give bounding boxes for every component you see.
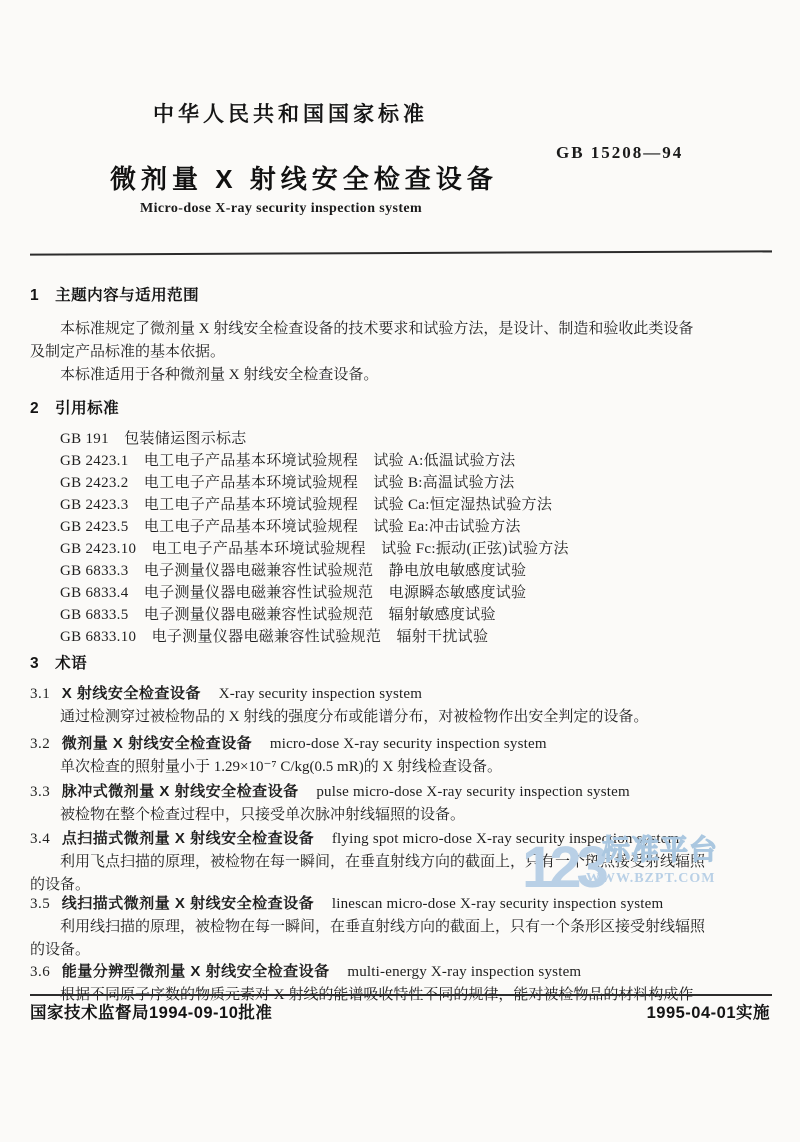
term-name-cn: 脉冲式微剂量 X 射线安全检查设备 [62, 783, 299, 800]
reference-item: GB 2423.1 电工电子产品基本环境试验规程 试验 A:低温试验方法 [30, 450, 772, 472]
footer-implementation-text: 1995-04-01实施 [647, 999, 770, 1023]
term-item-heading: 3.5 线扫描式微剂量 X 射线安全检查设备 linescan micro-do… [30, 892, 772, 916]
term-number: 3.6 [30, 961, 58, 984]
term-name-en: flying spot micro-dose X-ray security in… [332, 831, 680, 847]
term-number: 3.4 [30, 828, 58, 851]
term-number: 3.3 [30, 781, 58, 804]
reference-item: GB 6833.10 电子测量仪器电磁兼容性试验规范 辐射干扰试验 [30, 626, 772, 648]
term-item-heading: 3.6 能量分辨型微剂量 X 射线安全检查设备 multi-energy X-r… [30, 960, 772, 984]
term-definition: 单次检查的照射量小于 1.29×10⁻⁷ C/kg(0.5 mR)的 X 射线检… [30, 756, 772, 779]
term-name-en: pulse micro-dose X-ray security inspecti… [316, 784, 629, 800]
term-name-cn: X 射线安全检查设备 [62, 685, 201, 702]
term-name-cn: 能量分辨型微剂量 X 射线安全检查设备 [62, 963, 330, 980]
term-item-heading: 3.4 点扫描式微剂量 X 射线安全检查设备 flying spot micro… [30, 827, 772, 851]
section-1-heading: 1 主题内容与适用范围 [30, 286, 772, 306]
term-name-en: X-ray security inspection system [219, 686, 422, 702]
footer-rule [30, 994, 772, 996]
scope-paragraph-line: 本标准规定了微剂量 X 射线安全检查设备的技术要求和试验方法，是设计、制造和验收… [30, 318, 772, 341]
section-3-heading: 3 术语 [30, 654, 772, 674]
reference-item: GB 6833.3 电子测量仪器电磁兼容性试验规范 静电放电敏感度试验 [30, 560, 772, 582]
reference-item: GB 2423.5 电工电子产品基本环境试验规程 试验 Ea:冲击试验方法 [30, 516, 772, 538]
term-item-heading: 3.1 X 射线安全检查设备 X-ray security inspection… [30, 682, 772, 706]
reference-item: GB 6833.5 电子测量仪器电磁兼容性试验规范 辐射敏感度试验 [30, 604, 772, 626]
term-name-en: micro-dose X-ray security inspection sys… [270, 736, 547, 752]
reference-item: GB 191 包装储运图示标志 [30, 428, 772, 450]
term-item-heading: 3.3 脉冲式微剂量 X 射线安全检查设备 pulse micro-dose X… [30, 780, 772, 804]
term-item-heading: 3.2 微剂量 X 射线安全检查设备 micro-dose X-ray secu… [30, 732, 772, 756]
section-2-heading: 2 引用标准 [30, 399, 772, 419]
term-name-cn: 点扫描式微剂量 X 射线安全检查设备 [62, 830, 314, 847]
reference-item: GB 2423.2 电工电子产品基本环境试验规程 试验 B:高温试验方法 [30, 472, 772, 494]
term-number: 3.5 [30, 893, 58, 916]
scope-paragraph-line: 及制定产品标准的基本依据。 [30, 341, 772, 364]
reference-item: GB 2423.3 电工电子产品基本环境试验规程 试验 Ca:恒定湿热试验方法 [30, 494, 772, 516]
document-body: 1 主题内容与适用范围 本标准规定了微剂量 X 射线安全检查设备的技术要求和试验… [30, 0, 772, 1007]
reference-item: GB 6833.4 电子测量仪器电磁兼容性试验规范 电源瞬态敏感度试验 [30, 582, 772, 604]
term-definition: 通过检测穿过被检物品的 X 射线的强度分布或能谱分布，对被检物作出安全判定的设备… [30, 706, 772, 729]
document-page: 中华人民共和国国家标准 GB 15208—94 微剂量 X 射线安全检查设备 M… [0, 0, 800, 1142]
reference-item: GB 2423.10 电工电子产品基本环境试验规程 试验 Fc:振动(正弦)试验… [30, 538, 772, 560]
term-definition: 被检物在整个检查过程中，只接受单次脉冲射线辐照的设备。 [30, 804, 772, 827]
term-definition: 利用飞点扫描的原理，被检物在每一瞬间，在垂直射线方向的截面上，只有一个斑点接受射… [30, 851, 772, 874]
term-number: 3.2 [30, 733, 58, 756]
term-name-cn: 线扫描式微剂量 X 射线安全检查设备 [62, 895, 314, 912]
term-name-en: multi-energy X-ray inspection system [347, 964, 581, 980]
term-definition-continuation: 的设备。 [30, 939, 772, 962]
term-name-cn: 微剂量 X 射线安全检查设备 [62, 735, 252, 752]
scope-paragraph-line: 本标准适用于各种微剂量 X 射线安全检查设备。 [30, 364, 772, 387]
footer-approval-text: 国家技术监督局1994-09-10批准 [30, 999, 272, 1023]
term-number: 3.1 [30, 683, 58, 706]
term-name-en: linescan micro-dose X-ray security inspe… [332, 896, 664, 912]
term-definition: 利用线扫描的原理，被检物在每一瞬间，在垂直射线方向的截面上，只有一个条形区接受射… [30, 916, 772, 939]
